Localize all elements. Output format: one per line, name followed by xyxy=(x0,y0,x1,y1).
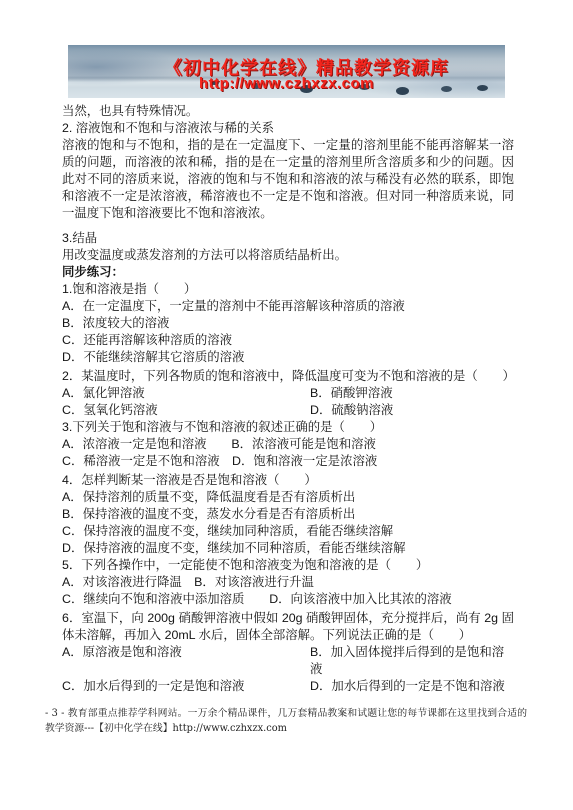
section-2-heading: 2. 溶液饱和不饱和与溶液浓与稀的关系 xyxy=(62,120,514,137)
document-content: 当然，也具有特殊情况。 2. 溶液饱和不饱和与溶液浓与稀的关系 溶液的饱和与不饱… xyxy=(62,103,514,695)
question-3-options-line-2: C．稀溶液一定是不饱和溶液 D．饱和溶液一定是浓溶液 xyxy=(62,453,514,470)
question-1-option-b: B．浓度较大的溶液 xyxy=(62,315,514,332)
question-1-option-a: A．在一定温度下，一定量的溶剂中不能再溶解该种溶质的溶液 xyxy=(62,298,514,315)
document-page: 《初中化学在线》精品教学资源库 http://www.czhxzx.com 当然… xyxy=(0,0,573,810)
question-6-stem: 6．室温下，向 200g 硝酸钾溶液中假如 20g 硝酸钾固体，充分搅拌后，尚有… xyxy=(62,610,514,644)
question-4-option-a: A．保持溶剂的质量不变，降低温度看是否有溶质析出 xyxy=(62,489,514,506)
intro-note: 当然，也具有特殊情况。 xyxy=(62,103,514,120)
question-6-option-a: A．原溶液是饱和溶液 xyxy=(62,644,310,678)
question-2-option-a: A．氯化钾溶液 xyxy=(62,385,310,402)
question-6-option-b: B．加入固体搅拌后得到的是饱和溶液 xyxy=(310,644,514,678)
question-4-stem: 4．怎样判断某一溶液是否是饱和溶液（ ） xyxy=(62,472,514,489)
question-6-option-d: D．加水后得到的一定是不饱和溶液 xyxy=(310,678,514,695)
section-2-paragraph: 溶液的饱和与不饱和，指的是在一定温度下、一定量的溶剂里能不能再溶解某一溶质的问题… xyxy=(62,137,514,222)
question-4-option-d: D．保持溶液的温度不变，继续加不同种溶质，看能否继续溶解 xyxy=(62,540,514,557)
site-banner: 《初中化学在线》精品教学资源库 http://www.czhxzx.com xyxy=(68,45,505,98)
question-1-option-c: C．还能再溶解该种溶质的溶液 xyxy=(62,332,514,349)
question-6-options-row-1: A．原溶液是饱和溶液 B．加入固体搅拌后得到的是饱和溶液 xyxy=(62,644,514,678)
question-4-option-b: B．保持溶液的温度不变，蒸发水分看是否有溶质析出 xyxy=(62,506,514,523)
question-2-option-b: B．硝酸钾溶液 xyxy=(310,385,514,402)
question-1-option-d: D．不能继续溶解其它溶质的溶液 xyxy=(62,349,514,366)
question-2-stem: 2．某温度时，下列各物质的饱和溶液中，降低温度可变为不饱和溶液的是（ ） xyxy=(62,368,514,385)
question-2-option-d: D．硫酸钠溶液 xyxy=(310,402,514,419)
section-3-heading: 3.结晶 xyxy=(62,230,514,247)
question-5-options-line-2: C．继续向不饱和溶液中添加溶质 D．向该溶液中加入比其浓的溶液 xyxy=(62,591,514,608)
section-3-paragraph: 用改变温度或蒸发溶剂的方法可以将溶质结晶析出。 xyxy=(62,247,514,264)
question-4-option-c: C．保持溶液的温度不变，继续加同种溶质，看能否继续溶解 xyxy=(62,523,514,540)
question-6-options-row-2: C．加水后得到的一定是饱和溶液 D．加水后得到的一定是不饱和溶液 xyxy=(62,678,514,695)
question-2-options-row-1: A．氯化钾溶液 B．硝酸钾溶液 xyxy=(62,385,514,402)
page-footer-text: - 3 - 教育部重点推荐学科网站。一万余个精品课件，几万套精品教案和试题让您的… xyxy=(45,707,527,736)
question-1-stem: 1.饱和溶液是指（ ） xyxy=(62,281,514,298)
question-5-options-line-1: A．对该溶液进行降温 B．对该溶液进行升温 xyxy=(62,574,514,591)
question-2-options-row-2: C．氢氧化钙溶液 D．硫酸钠溶液 xyxy=(62,402,514,419)
question-5-stem: 5．下列各操作中，一定能使不饱和溶液变为饱和溶液的是（ ） xyxy=(62,557,514,574)
question-2-option-c: C．氢氧化钙溶液 xyxy=(62,402,310,419)
question-6-option-c: C．加水后得到的一定是饱和溶液 xyxy=(62,678,310,695)
exercise-heading: 同步练习： xyxy=(62,264,514,281)
banner-url-link[interactable]: http://www.czhxzx.com xyxy=(68,75,505,92)
question-3-stem: 3.下列关于饱和溶液与不饱和溶液的叙述正确的是（ ） xyxy=(62,419,514,436)
question-3-options-line-1: A．浓溶液一定是饱和溶液 B．浓溶液可能是饱和溶液 xyxy=(62,436,514,453)
